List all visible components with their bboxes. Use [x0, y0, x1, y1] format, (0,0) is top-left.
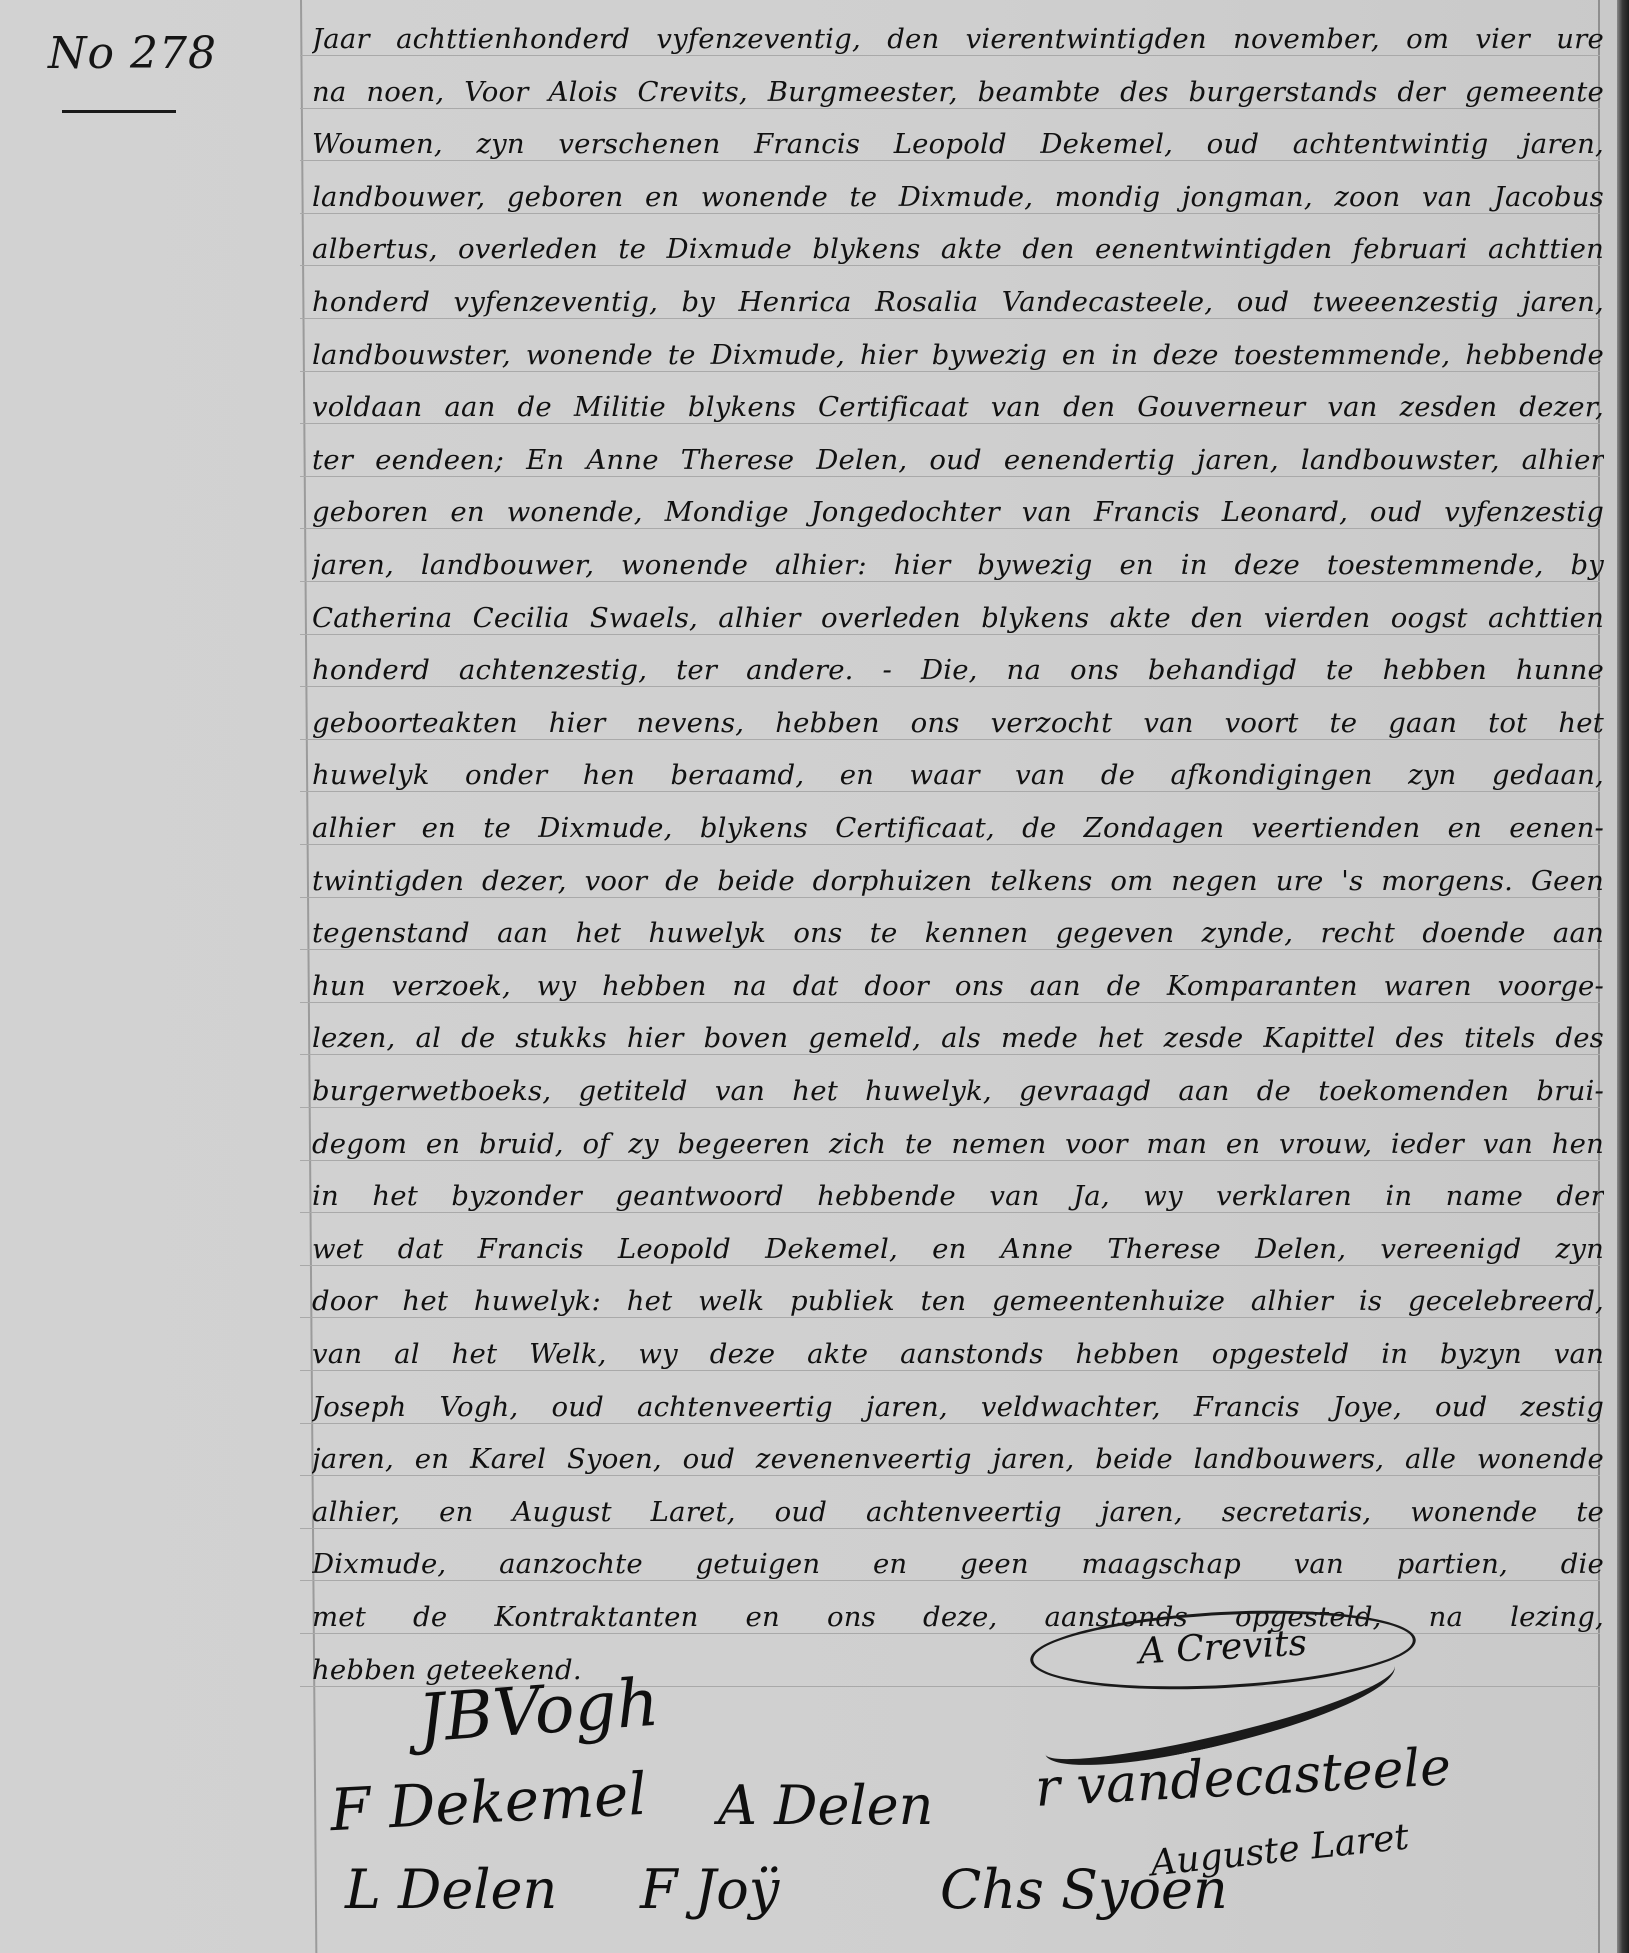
text-line: jaren, en Karel Syoen, oud zevenenveerti…: [312, 1433, 1604, 1485]
text-line: geboorteakten hier nevens, hebben ons ve…: [312, 697, 1604, 749]
text-line: degom en bruid, of zy begeeren zich te n…: [312, 1118, 1604, 1170]
signature-dekemel: F Dekemel: [328, 1760, 648, 1844]
signature-delen-father: L Delen: [345, 1858, 557, 1921]
text-line: twintigden dezer, voor de beide dorphuiz…: [312, 855, 1604, 907]
text-line: alhier en te Dixmude, blykens Certificaa…: [312, 802, 1604, 854]
text-line: honderd vyfenzeventig, by Henrica Rosali…: [312, 276, 1604, 328]
record-number: No 278: [48, 28, 217, 79]
text-line: wet dat Francis Leopold Dekemel, en Anne…: [312, 1223, 1604, 1275]
signature-vogh: JBVogh: [416, 1664, 662, 1758]
text-line: voldaan aan de Militie blykens Certifica…: [312, 381, 1604, 433]
text-line: landbouwster, wonende te Dixmude, hier b…: [312, 329, 1604, 381]
text-line: door het huwelyk: het welk publiek ten g…: [312, 1275, 1604, 1327]
text-line: Jaar achttienhonderd vyfenzeventig, den …: [312, 13, 1604, 65]
text-line: ter eendeen; En Anne Therese Delen, oud …: [312, 434, 1604, 486]
text-line: hun verzoek, wy hebben na dat door ons a…: [312, 960, 1604, 1012]
register-page: No 278 Jaar achttienhonderd vyfenzeventi…: [0, 0, 1629, 1953]
text-line: Woumen, zyn verschenen Francis Leopold D…: [312, 118, 1604, 170]
text-line: Dixmude, aanzochte getuigen en geen maag…: [312, 1538, 1604, 1590]
text-line: huwelyk onder hen beraamd, en waar van d…: [312, 749, 1604, 801]
text-line: in het byzonder geantwoord hebbende van …: [312, 1170, 1604, 1222]
text-line: Joseph Vogh, oud achtenveertig jaren, ve…: [312, 1381, 1604, 1433]
text-line: van al het Welk, wy deze akte aanstonds …: [312, 1328, 1604, 1380]
text-line: albertus, overleden te Dixmude blykens a…: [312, 223, 1604, 275]
text-line: landbouwer, geboren en wonende te Dixmud…: [312, 171, 1604, 223]
text-line: alhier, en August Laret, oud achtenveert…: [312, 1486, 1604, 1538]
book-binding: [1617, 0, 1629, 1953]
signature-delen: A Delen: [718, 1774, 933, 1837]
text-line: na noen, Voor Alois Crevits, Burgmeester…: [312, 66, 1604, 118]
text-line: jaren, landbouwer, wonende alhier: hier …: [312, 539, 1604, 591]
text-line: lezen, al de stukks hier boven gemeld, a…: [312, 1012, 1604, 1064]
text-line: geboren en wonende, Mondige Jongedochter…: [312, 486, 1604, 538]
text-line: tegenstand aan het huwelyk ons te kennen…: [312, 907, 1604, 959]
text-line: burgerwetboeks, getiteld van het huwelyk…: [312, 1065, 1604, 1117]
text-line: Catherina Cecilia Swaels, alhier overled…: [312, 592, 1604, 644]
text-line: honderd achtenzestig, ter andere. - Die,…: [312, 644, 1604, 696]
record-number-underline: [62, 110, 176, 113]
signature-syoen: Chs Syoen: [940, 1858, 1228, 1921]
signature-joye: F Joÿ: [640, 1858, 779, 1921]
